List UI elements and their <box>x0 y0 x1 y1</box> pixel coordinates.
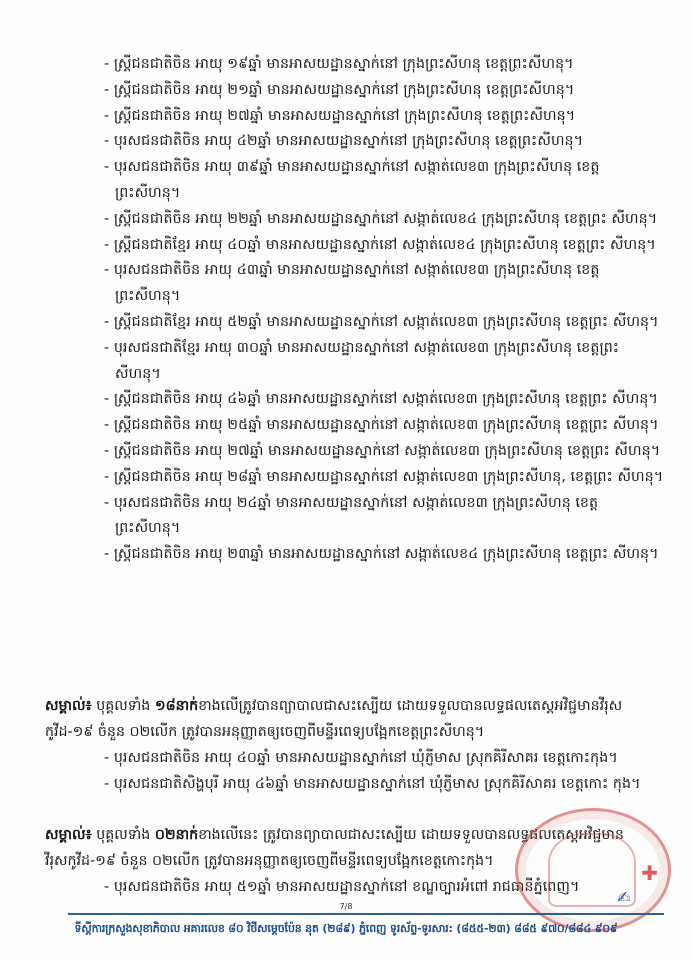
list-item: - ស្ត្រីជនជាតិចិន អាយុ ២៧ឆ្នាំ មានអាសយដ្… <box>104 104 664 130</box>
list-item: - បុរសជនជាតិសិង្ហបុរី អាយុ ៤៦ឆ្នាំ មានអា… <box>104 772 664 798</box>
list-item: - ស្ត្រីជនជាតិចិន អាយុ ២៧ឆ្នាំ មានអាសយដ្… <box>104 439 664 465</box>
note-label: សម្គាល់៖ <box>45 698 92 714</box>
note-count: ១៨នាក់ <box>155 698 198 714</box>
list-item: - ស្ត្រីជនជាតិចិន អាយុ ២៨ឆ្នាំ មានអាសយដ្… <box>104 465 664 491</box>
document-page: - ស្ត្រីជនជាតិចិន អាយុ ១៩ឆ្នាំ មានអាសយដ្… <box>0 0 692 960</box>
footer-divider <box>68 913 664 915</box>
list-item: - ស្ត្រីជនជាតិចិន អាយុ ១៩ឆ្នាំ មានអាសយដ្… <box>104 52 664 78</box>
list-item: - បុរសជនជាតិចិន អាយុ ២៤ឆ្នាំ មានអាសយដ្ឋា… <box>104 491 664 543</box>
list-item: - ស្ត្រីជនជាតិចិន អាយុ ២១ឆ្នាំ មានអាសយដ្… <box>104 78 664 104</box>
note-paragraph-2: សម្គាល់៖ បុគ្គលទាំង ០២នាក់ខាងលើនេះ ត្រូវ… <box>45 823 665 875</box>
patient-list: - ស្ត្រីជនជាតិចិន អាយុ ១៩ឆ្នាំ មានអាសយដ្… <box>104 52 664 568</box>
list-item: - ស្ត្រីជនជាតិចិន អាយុ ២៥ឆ្នាំ មានអាសយដ្… <box>104 413 664 439</box>
list-item: - បុរសជនជាតិចិន អាយុ ៥១ឆ្នាំ មានអាសយដ្ឋា… <box>104 875 664 901</box>
note-label: សម្គាល់៖ <box>45 827 92 843</box>
list-item: - បុរសជនជាតិខ្មែរ អាយុ ៣០ឆ្នាំ មានអាសយដ្… <box>104 336 664 388</box>
list-item: - បុរសជនជាតិចិន អាយុ ៤០ឆ្នាំ មានអាសយដ្ឋា… <box>104 746 664 772</box>
list-item: - បុរសជនជាតិចិន អាយុ ៣៩ឆ្នាំ មានអាសយដ្ឋា… <box>104 155 664 207</box>
list-item: - បុរសជនជាតិចិន អាយុ ៤២ឆ្នាំ មានអាសយដ្ឋា… <box>104 129 664 155</box>
list-item: - ស្ត្រីជនជាតិចិន អាយុ ២២ឆ្នាំ មានអាសយដ្… <box>104 207 664 233</box>
note-count: ០២នាក់ <box>155 827 198 843</box>
note-prefix: បុគ្គលទាំង <box>92 827 155 843</box>
list-item: - បុរសជនជាតិចិន អាយុ ៤៣ឆ្នាំ មានអាសយដ្ឋា… <box>104 258 664 310</box>
list-item: - ស្ត្រីជនជាតិចិន អាយុ ៤៦ឆ្នាំ មានអាសយដ្… <box>104 387 664 413</box>
footer-address: ទីស្តីការក្រសួងសុខាភិបាល អគារលេខ ៨០ វិថី… <box>0 922 692 938</box>
note-prefix: បុគ្គលទាំង <box>92 698 155 714</box>
patient-sublist-2: - បុរសជនជាតិចិន អាយុ ៥១ឆ្នាំ មានអាសយដ្ឋា… <box>104 875 664 901</box>
list-item: - ស្ត្រីជនជាតិចិន អាយុ ២៣ឆ្នាំ មានអាសយដ្… <box>104 542 664 568</box>
list-item: - ស្ត្រីជនជាតិខ្មែរ អាយុ ៥២ឆ្នាំ មានអាសយ… <box>104 310 664 336</box>
note-paragraph-1: សម្គាល់៖ បុគ្គលទាំង ១៨នាក់ខាងលើត្រូវបានព… <box>45 694 665 746</box>
patient-sublist-1: - បុរសជនជាតិចិន អាយុ ៤០ឆ្នាំ មានអាសយដ្ឋា… <box>104 746 664 798</box>
page-number: 7/8 <box>0 902 692 911</box>
list-item: - ស្ត្រីជនជាតិខ្មែរ អាយុ ៤០ឆ្នាំ មានអាសយ… <box>104 233 664 259</box>
